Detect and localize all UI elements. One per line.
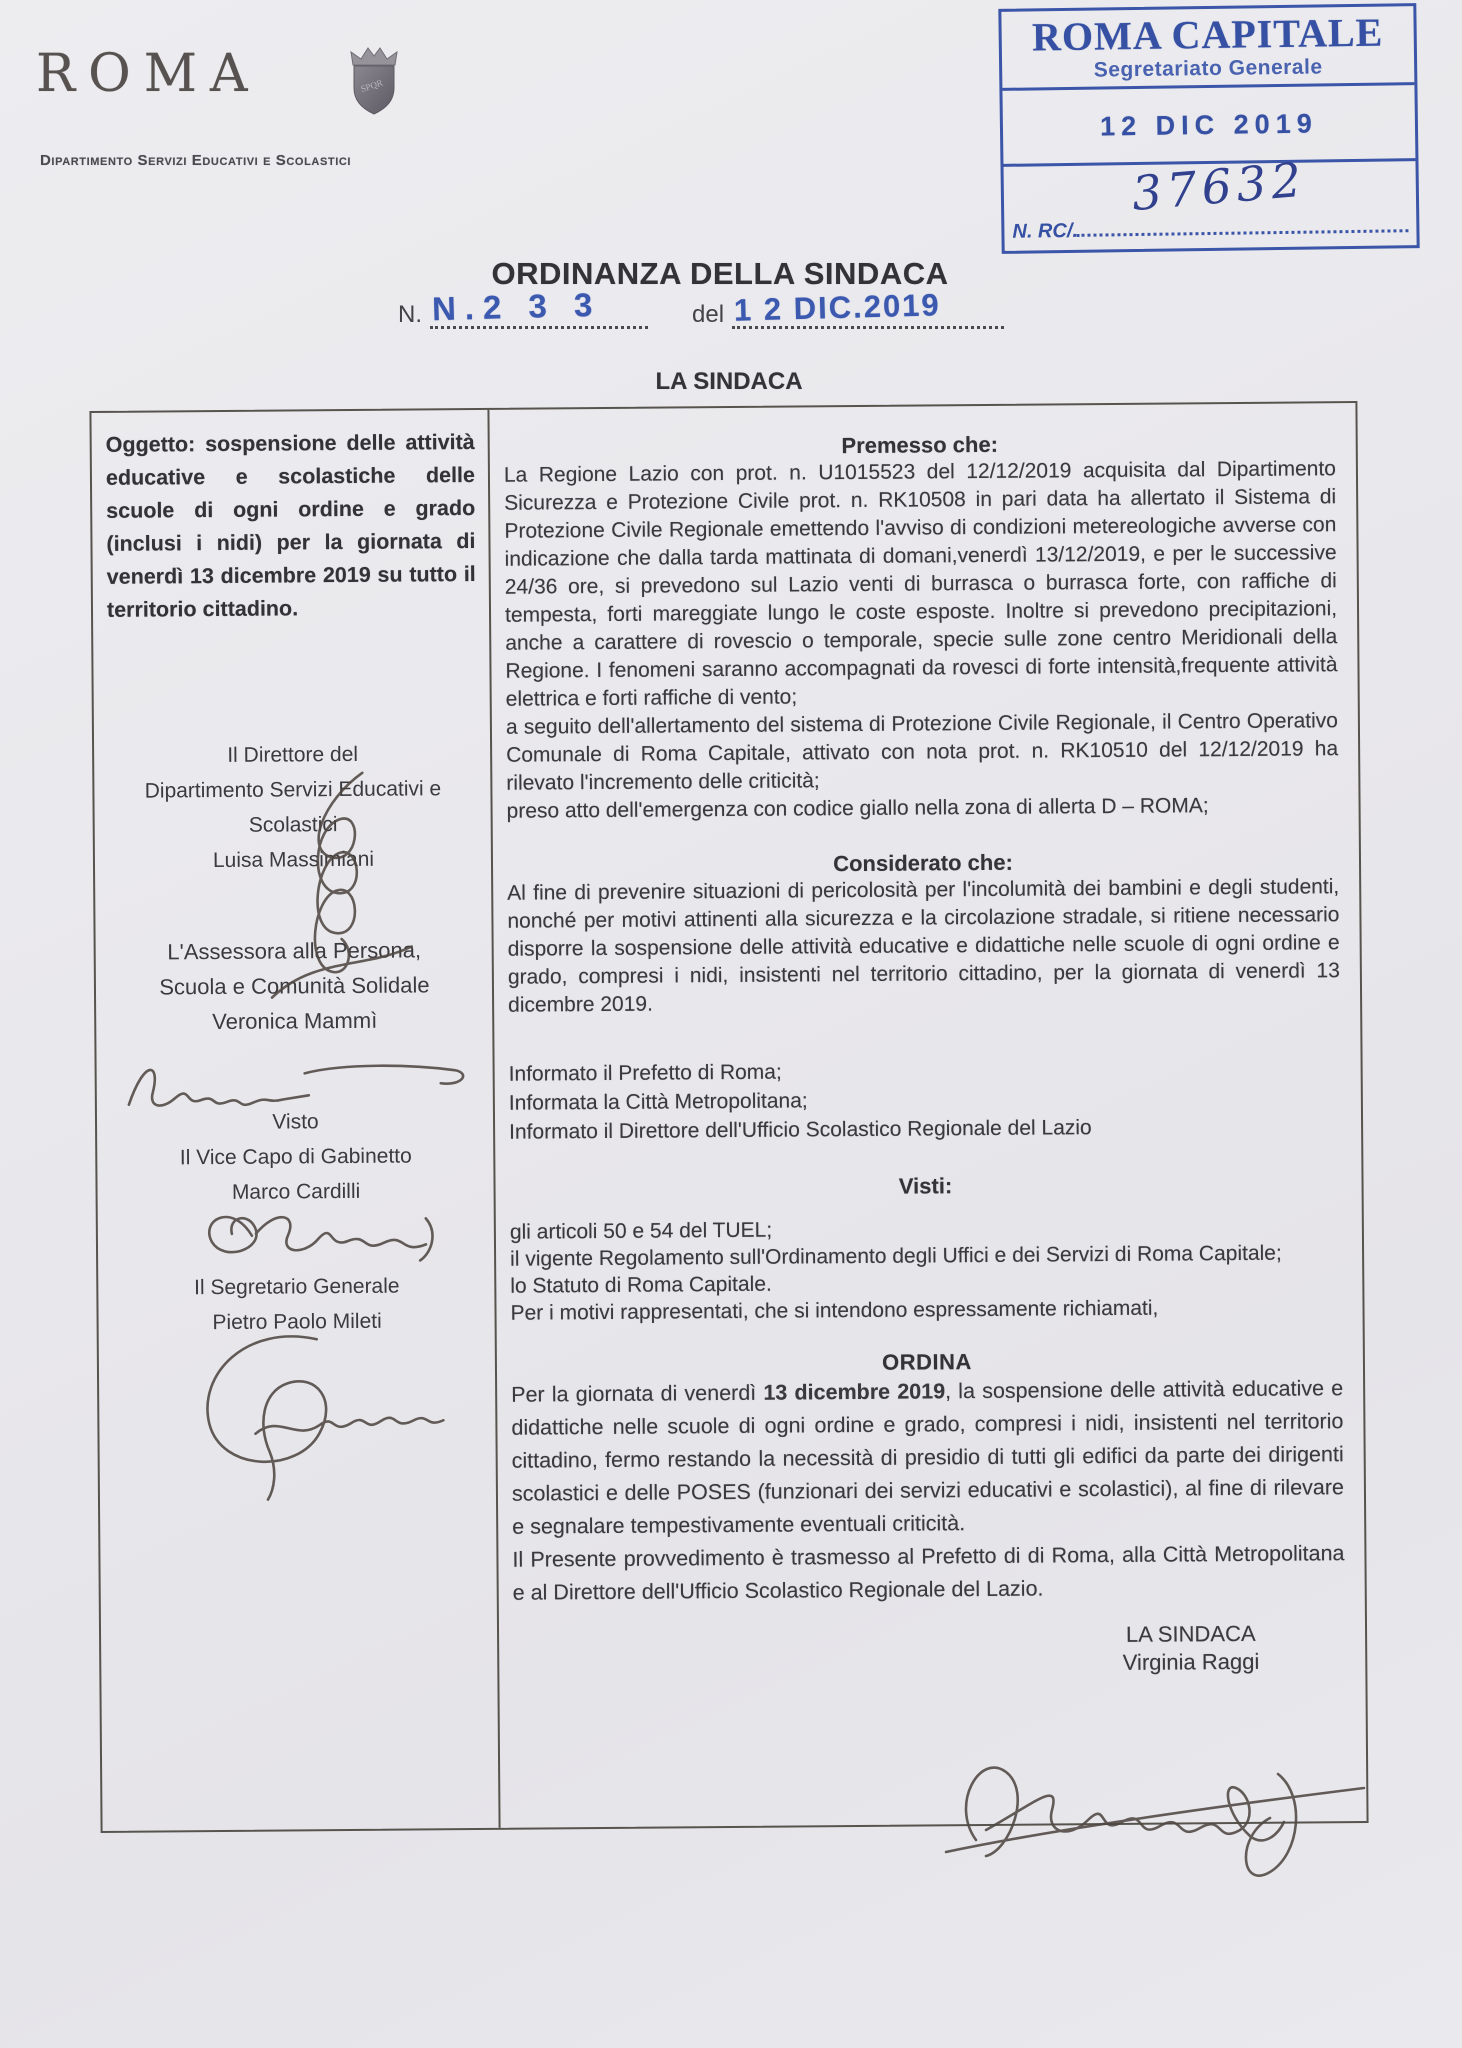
premesso-paragraph-1: La Regione Lazio con prot. n. U1015523 d… — [504, 455, 1338, 714]
signatory-line: Il Direttore del — [108, 736, 477, 774]
signatory-line: L'Assessora alla Persona, — [110, 932, 479, 970]
stamp-header-row: ROMA CAPITALE Segretariato Generale — [1001, 6, 1414, 91]
signatory-line: Veronica Mammì — [110, 1002, 479, 1040]
left-column: Oggetto: sospensione delle attività educ… — [91, 410, 500, 1831]
number-dotted-line: N.2 3 3 — [430, 294, 648, 329]
stamp-protocol-label: N. RC/. — [1012, 220, 1078, 244]
stamp-dotted-line — [1076, 229, 1408, 237]
date-dotted-line: 1 2 DIC.2019 — [732, 294, 1004, 329]
del-label: del — [692, 301, 724, 329]
scanned-ordinance-page: ROMA SPQR Dipartimento Servizi Educativi… — [0, 0, 1462, 2048]
ordina-bold-date: 13 dicembre 2019 — [763, 1379, 945, 1404]
considerato-paragraph: Al fine di prevenire situazioni di peric… — [507, 873, 1340, 1020]
right-column: Premesso che: La Regione Lazio con prot.… — [489, 403, 1366, 1828]
spqr-crest-icon: SPQR — [344, 44, 404, 118]
visti-line: Per i motivi rappresentati, che si inten… — [510, 1293, 1342, 1327]
visti-lines: gli articoli 50 e 54 del TUEL; il vigent… — [510, 1212, 1343, 1327]
informato-line: Informato il Direttore dell'Ufficio Scol… — [509, 1111, 1341, 1147]
signatory-direttore: Il Direttore del Dipartimento Servizi Ed… — [108, 736, 478, 879]
signatory-line: Marco Cardilli — [111, 1173, 480, 1211]
roma-logo: ROMA — [36, 44, 261, 104]
stamp-org-name: ROMA CAPITALE — [1005, 11, 1410, 59]
department-line: Dipartimento Servizi Educativi e Scolast… — [40, 152, 351, 169]
ordina-text: Per la giornata di venerdì — [511, 1381, 763, 1407]
content-box: Oggetto: sospensione delle attività educ… — [89, 401, 1368, 1833]
signatory-line: Scolastici — [109, 806, 478, 844]
number-label: N. — [398, 301, 422, 329]
oggetto-paragraph: Oggetto: sospensione delle attività educ… — [106, 426, 477, 627]
mayor-name: Virginia Raggi — [1123, 1648, 1260, 1677]
mayor-signature-block: LA SINDACA Virginia Raggi — [1122, 1620, 1259, 1677]
signatory-line: Luisa Massimiani — [109, 841, 478, 879]
informato-lines: Informato il Prefetto di Roma; Informata… — [509, 1053, 1342, 1147]
signatory-line: Il Vice Capo di Gabinetto — [111, 1138, 480, 1176]
signatory-line: Dipartimento Servizi Educativi e — [108, 771, 477, 809]
ordinance-number-stamp: N.2 3 3 — [432, 286, 602, 328]
signatory-assessora: L'Assessora alla Persona, Scuola e Comun… — [110, 932, 480, 1040]
la-sindaca-heading: LA SINDACA — [95, 368, 1363, 396]
mayor-title: LA SINDACA — [1122, 1620, 1259, 1649]
signatory-vice-capo: Visto Il Vice Capo di Gabinetto Marco Ca… — [111, 1103, 481, 1211]
signatory-line: Visto — [111, 1103, 480, 1141]
ordina-paragraph-2: Il Presente provvedimento è trasmesso al… — [512, 1537, 1344, 1610]
stamp-protocol-row: N. RC/. 37632 — [1004, 161, 1417, 251]
visti-heading: Visti: — [509, 1170, 1341, 1203]
ordinance-number-line: N. N.2 3 3 del 1 2 DIC.2019 — [398, 294, 1004, 329]
signatory-segretario: Il Segretario Generale Pietro Paolo Mile… — [112, 1268, 482, 1341]
signatory-line: Pietro Paolo Mileti — [112, 1303, 481, 1341]
signatory-line: Il Segretario Generale — [112, 1268, 481, 1306]
premesso-paragraph-3: preso atto dell'emergenza con codice gia… — [506, 791, 1338, 826]
signature-pietro-paolo-mileti — [165, 1310, 477, 1512]
protocol-stamp: ROMA CAPITALE Segretariato Generale 12 D… — [998, 3, 1419, 254]
stamp-date: 12 DIC 2019 — [1002, 85, 1415, 167]
ordina-paragraph-1: Per la giornata di venerdì 13 dicembre 2… — [511, 1372, 1344, 1544]
signatory-line: Scuola e Comunità Solidale — [110, 967, 479, 1005]
premesso-paragraph-2: a seguito dell'allertamento del sistema … — [506, 707, 1339, 798]
ordinance-date-stamp: 1 2 DIC.2019 — [734, 287, 942, 328]
document-title: ORDINANZA DELLA SINDACA — [350, 256, 1090, 292]
